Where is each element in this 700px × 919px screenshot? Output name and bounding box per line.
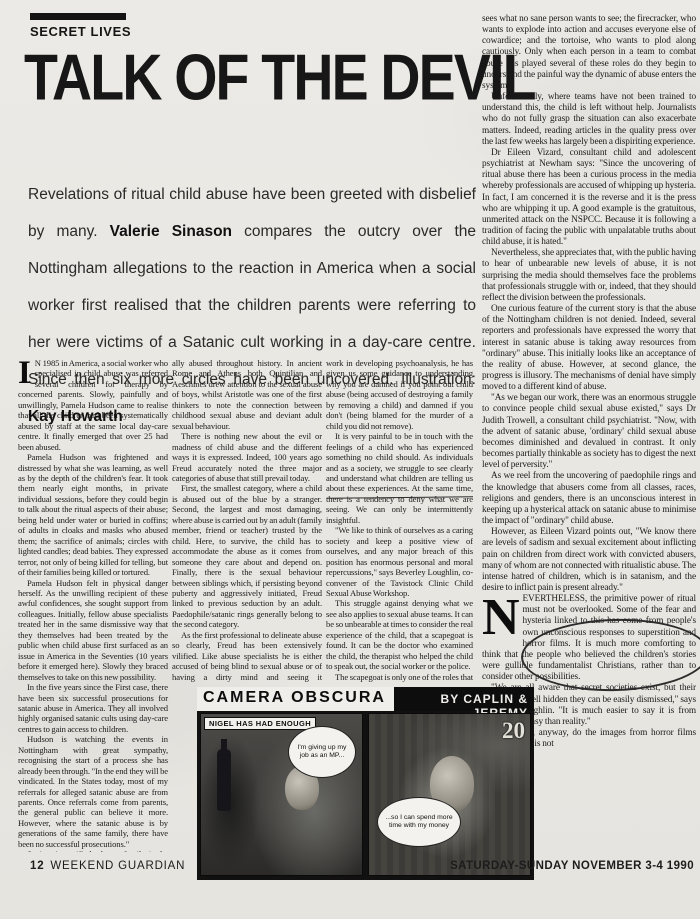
cartoon-byline: BY CAPLIN & JEREMY	[394, 687, 534, 711]
cartoon-panel-2: 20 ...so I can spend more time with my m…	[368, 713, 531, 876]
footer-date: SATURDAY-SUNDAY NOVEMBER 3-4 1990	[450, 860, 694, 872]
paragraph: As we reel from the uncovering of paedop…	[482, 471, 696, 527]
paragraph: In the five years since the First case, …	[18, 682, 168, 734]
paragraph: The scapegoat is only one of the roles t…	[326, 672, 473, 684]
paragraph: ally abused throughout history. In ancie…	[172, 358, 322, 431]
paragraph: work in developing psychoanalysis, he ha…	[326, 358, 473, 431]
publication-name: WEEKEND GUARDIAN	[50, 860, 185, 872]
cartoon-header: CAMERA OBSCURA BY CAPLIN & JEREMY	[197, 687, 534, 711]
drop-cap: I	[18, 358, 35, 387]
cartoon-panel-1: NIGEL HAS HAD ENOUGH I'm giving up my jo…	[200, 713, 363, 876]
cartoon-panels: NIGEL HAS HAD ENOUGH I'm giving up my jo…	[200, 713, 531, 876]
paragraph: As the first professional to delineate a…	[172, 630, 322, 684]
section-kicker: SECRET LIVES	[30, 24, 131, 39]
speech-bubble: I'm giving up my job as an MP...	[288, 726, 356, 778]
cartoon-title: CAMERA OBSCURA	[197, 687, 394, 711]
kicker-rule	[30, 13, 126, 20]
paragraph: "We like to think of ourselves as a cari…	[326, 525, 473, 598]
paragraph: IN 1985 in America, a social worker who …	[18, 358, 168, 452]
paragraph: However, as Eileen Vizard points out, "W…	[482, 527, 696, 594]
paragraph: Pamela Hudson felt in physical danger he…	[18, 578, 168, 683]
paragraph: There is nothing new about the evil or m…	[172, 431, 322, 483]
drop-cap: N	[482, 594, 522, 639]
banknote-value: 20	[502, 718, 525, 744]
bottle-silhouette	[217, 749, 231, 811]
paragraph: Hudson is watching the events in Notting…	[18, 734, 168, 849]
paragraph: "As we began our work, there was an enor…	[482, 393, 696, 471]
cartoon-caption: NIGEL HAS HAD ENOUGH	[204, 717, 316, 730]
newspaper-page: SECRET LIVES TALK OF THE DEVIL Revelatio…	[0, 0, 700, 919]
paragraph: Nevertheless, she appreciates that, with…	[482, 248, 696, 304]
author-name: Valerie Sinason	[110, 223, 232, 240]
paragraph: One curious feature of the current story…	[482, 304, 696, 393]
paragraph: sees what no sane person wants to see; t…	[482, 14, 696, 92]
cartoon-strip: CAMERA OBSCURA BY CAPLIN & JEREMY NIGEL …	[197, 687, 534, 880]
body-column-3: work in developing psychoanalysis, he ha…	[326, 358, 473, 684]
paragraph: Pamela Hudson was frightened and distres…	[18, 452, 168, 577]
paragraph: First, the smallest category, where a ch…	[172, 483, 322, 629]
body-column-1: IN 1985 in America, a social worker who …	[18, 358, 168, 852]
headline: TALK OF THE DEVIL	[24, 40, 452, 114]
paragraph: Society is terrified when a family is th…	[18, 849, 168, 852]
footer-left: 12WEEKEND GUARDIAN	[30, 860, 185, 872]
paragraph-text: N 1985 in America, a social worker who s…	[18, 358, 168, 452]
paragraph: It is very painful to be in touch with t…	[326, 431, 473, 525]
body-column-2: ally abused throughout history. In ancie…	[172, 358, 322, 684]
page-number: 12	[30, 860, 44, 872]
paragraph: Unfortunately, where teams have not been…	[482, 92, 696, 148]
paragraph: This struggle against denying what we se…	[326, 598, 473, 671]
speech-bubble: ...so I can spend more time with my mone…	[377, 797, 461, 847]
paragraph: Dr Eileen Vizard, consultant child and a…	[482, 148, 696, 248]
